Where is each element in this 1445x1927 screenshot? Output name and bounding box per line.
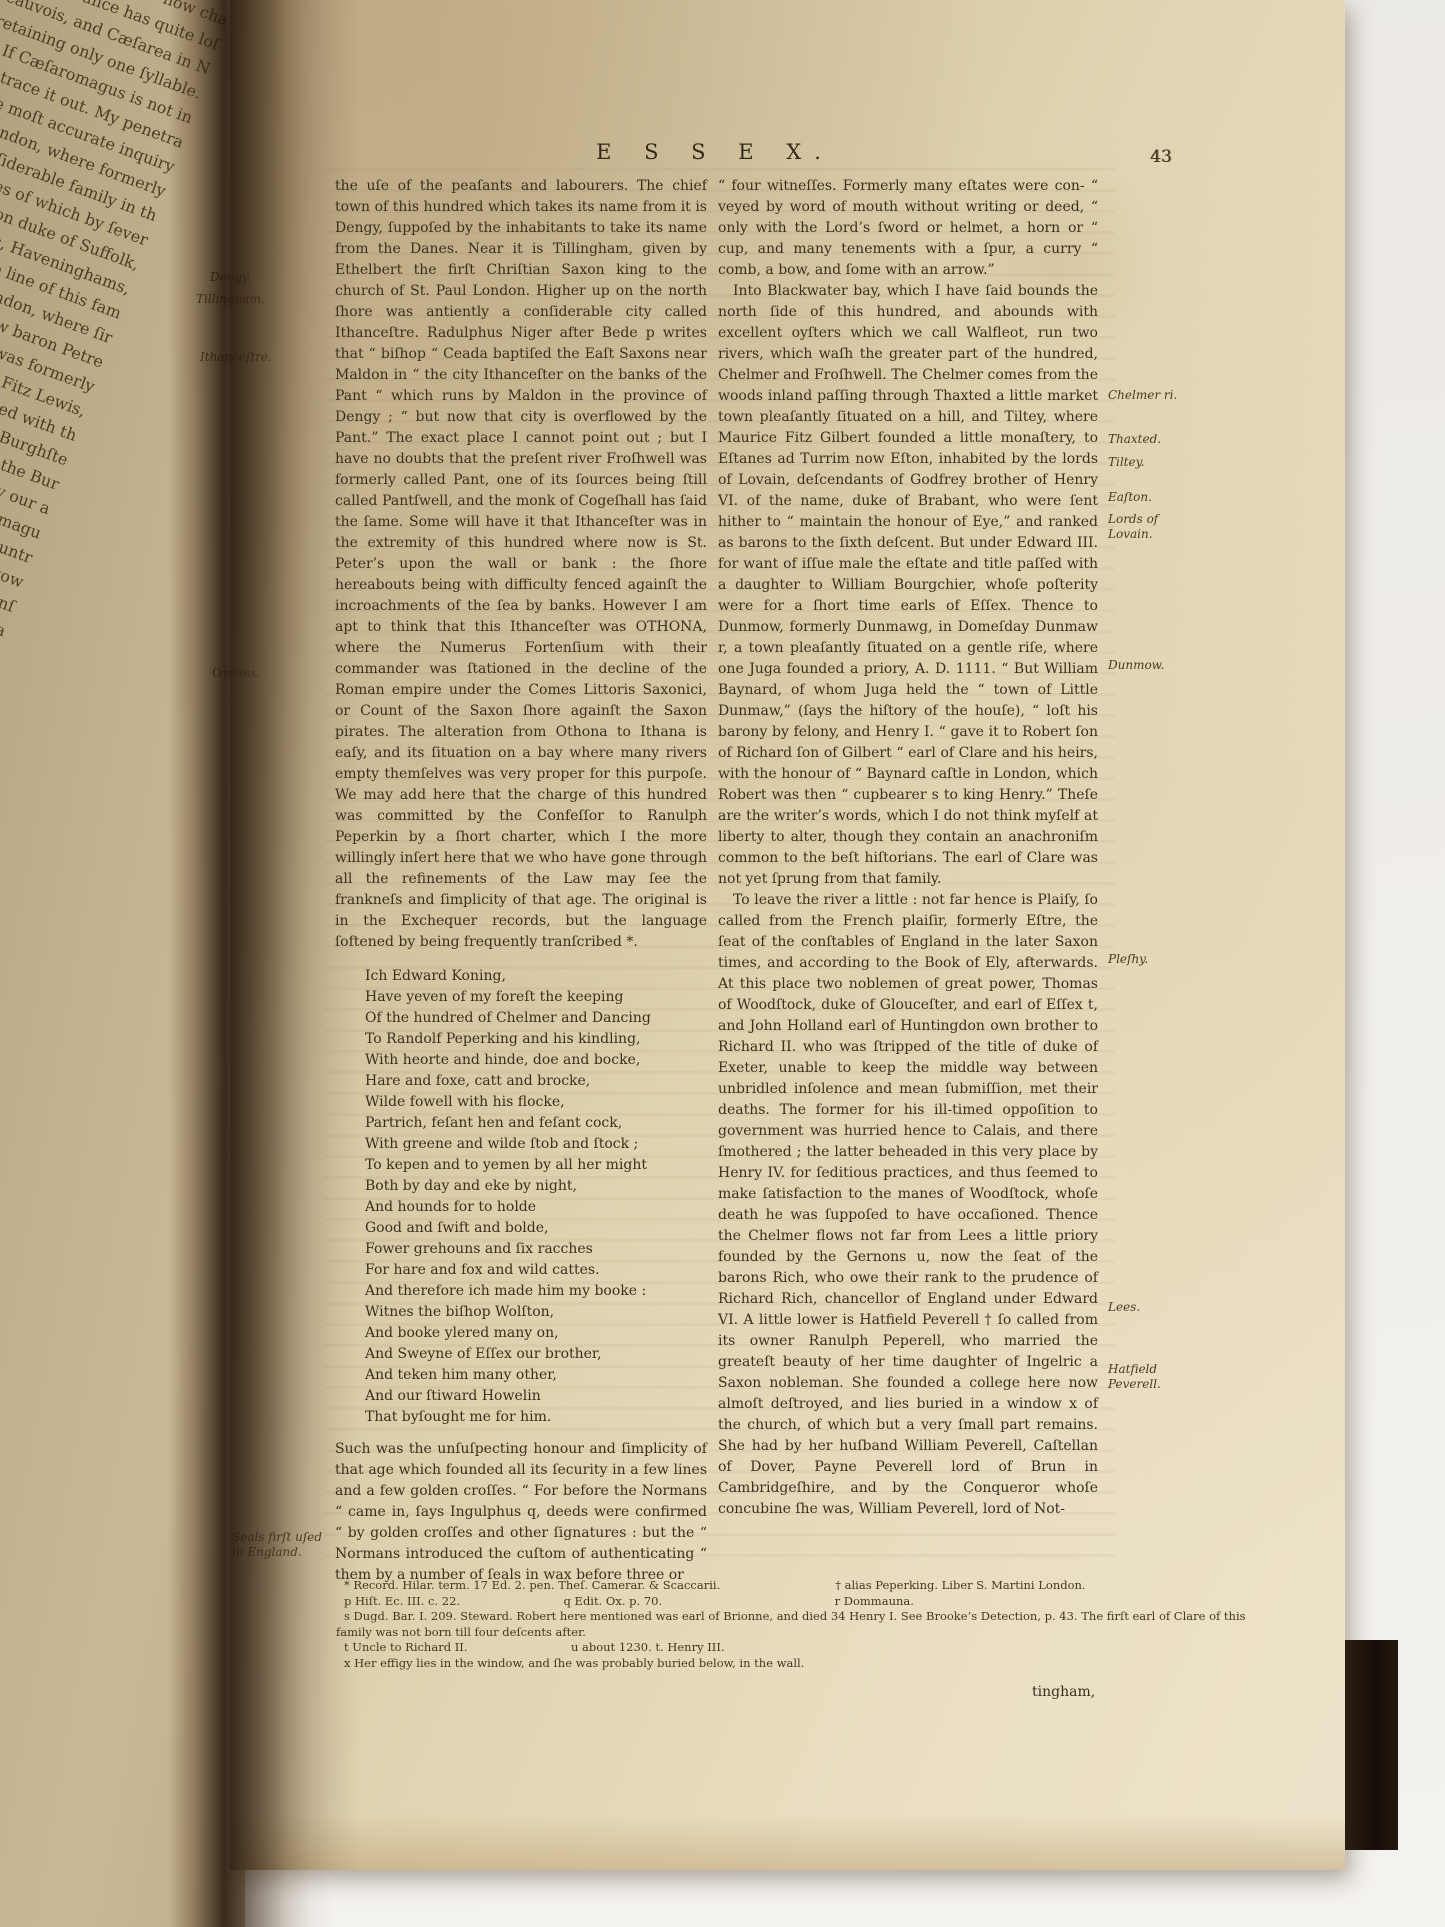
margin-note: Tillingham. [196,292,288,307]
verse-line: And therefore ich made him my booke : [365,1281,707,1302]
margin-note: Seals firſt uſed in England. [232,1530,324,1560]
verse-line: And hounds for to holde [365,1197,707,1218]
verse-line: Wilde fowell with his flocke, [365,1092,707,1113]
margin-note: Lees. [1108,1300,1218,1315]
footnote-line: p Hiſt. Ec. III. c. 22. q Edit. Ox. p. 7… [336,1594,1261,1610]
verse-line: And teken him many other, [365,1365,707,1386]
paragraph: Such was the unſuſpecting honour and ſim… [335,1439,707,1586]
margin-note: Ithanceſtre. [200,350,292,365]
facing-page-lines: e others in which ſome ſingle ſyllableTh… [0,0,241,1597]
verse-line: To Randolf Peperking and his kindling, [365,1029,707,1050]
facing-page-text: N T E S. e others in which ſome ſingle ſ… [0,0,245,1597]
verse-line: Fower grehouns and ſix racches [365,1239,707,1260]
verse-line: To kepen and to yemen by all her might [365,1155,707,1176]
running-title: E S S E X. [505,140,925,164]
margin-note: Lords of Lovain. [1108,512,1178,542]
verse-line: Of the hundred of Chelmer and Dancing [365,1008,707,1029]
charter-verse: Ich Edward Koning,Have yeven of my foreſ… [335,966,707,1428]
verse-line: Ich Edward Koning, [365,966,707,987]
text-column-left: the uſe of the peaſants and labourers. T… [335,176,707,1586]
verse-line: Witnes the biſhop Wolſton, [365,1302,707,1323]
margin-note: Othona. [212,666,292,681]
margin-note: Hatfield Peverell. [1108,1362,1186,1392]
verse-line: And our ſtiward Howelin [365,1386,707,1407]
verse-line: Partrich, feſant hen and feſant cock, [365,1113,707,1134]
margin-note: Thaxted. [1108,432,1218,447]
text-column-right: “ four witneſſes. Formerly many eſtates … [718,176,1098,1520]
paragraph: “ four witneſſes. Formerly many eſtates … [718,176,1098,281]
verse-line: Both by day and eke by night, [365,1176,707,1197]
verse-line: Hare and foxe, catt and brocke, [365,1071,707,1092]
verse-line: Good and ſwift and bolde, [365,1218,707,1239]
footnote-line: t Uncle to Richard II. u about 1230. t. … [336,1640,1261,1656]
verse-line: With greene and wilde ſtob and ſtock ; [365,1134,707,1155]
verse-line: Have yeven of my foreſt the keeping [365,987,707,1008]
book-photo: N T E S. e others in which ſome ſingle ſ… [0,0,1445,1927]
margin-note: Pleſhy. [1108,952,1218,967]
margin-note: Dunmow. [1108,658,1218,673]
verse-line: And Sweyne of Eſſex our brother, [365,1344,707,1365]
verse-line: And booke ylered many on, [365,1323,707,1344]
catchword: tingham, [1032,1684,1095,1700]
margin-note: Chelmer ri. [1108,388,1218,403]
verse-line: For hare and fox and wild cattes. [365,1260,707,1281]
facing-page: N T E S. e others in which ſome ſingle ſ… [0,0,245,1927]
margin-note: Dengy. [210,270,282,285]
verse-line: That byſought me for him. [365,1407,707,1428]
footnotes: * Record. Hilar. term. 17 Ed. 2. pen. Th… [336,1578,1261,1671]
page-number: 43 [1150,147,1172,167]
footnote-line: x Her effigy lies in the window, and ſhe… [336,1656,1261,1672]
paragraph: the uſe of the peaſants and labourers. T… [335,176,707,953]
book-page: E S S E X. 43 the uſe of the peaſants an… [230,0,1345,1870]
footnote-line: * Record. Hilar. term. 17 Ed. 2. pen. Th… [336,1578,1261,1594]
margin-note: Eaſton. [1108,490,1218,505]
verse-line: With heorte and hinde, doe and bocke, [365,1050,707,1071]
paragraph: To leave the river a little : not far he… [718,890,1098,1520]
margin-note: Tiltey. [1108,455,1218,470]
paragraph: Into Blackwater bay, which I have ſaid b… [718,281,1098,890]
footnote-line: s Dugd. Bar. I. 209. Steward. Robert her… [336,1609,1261,1640]
